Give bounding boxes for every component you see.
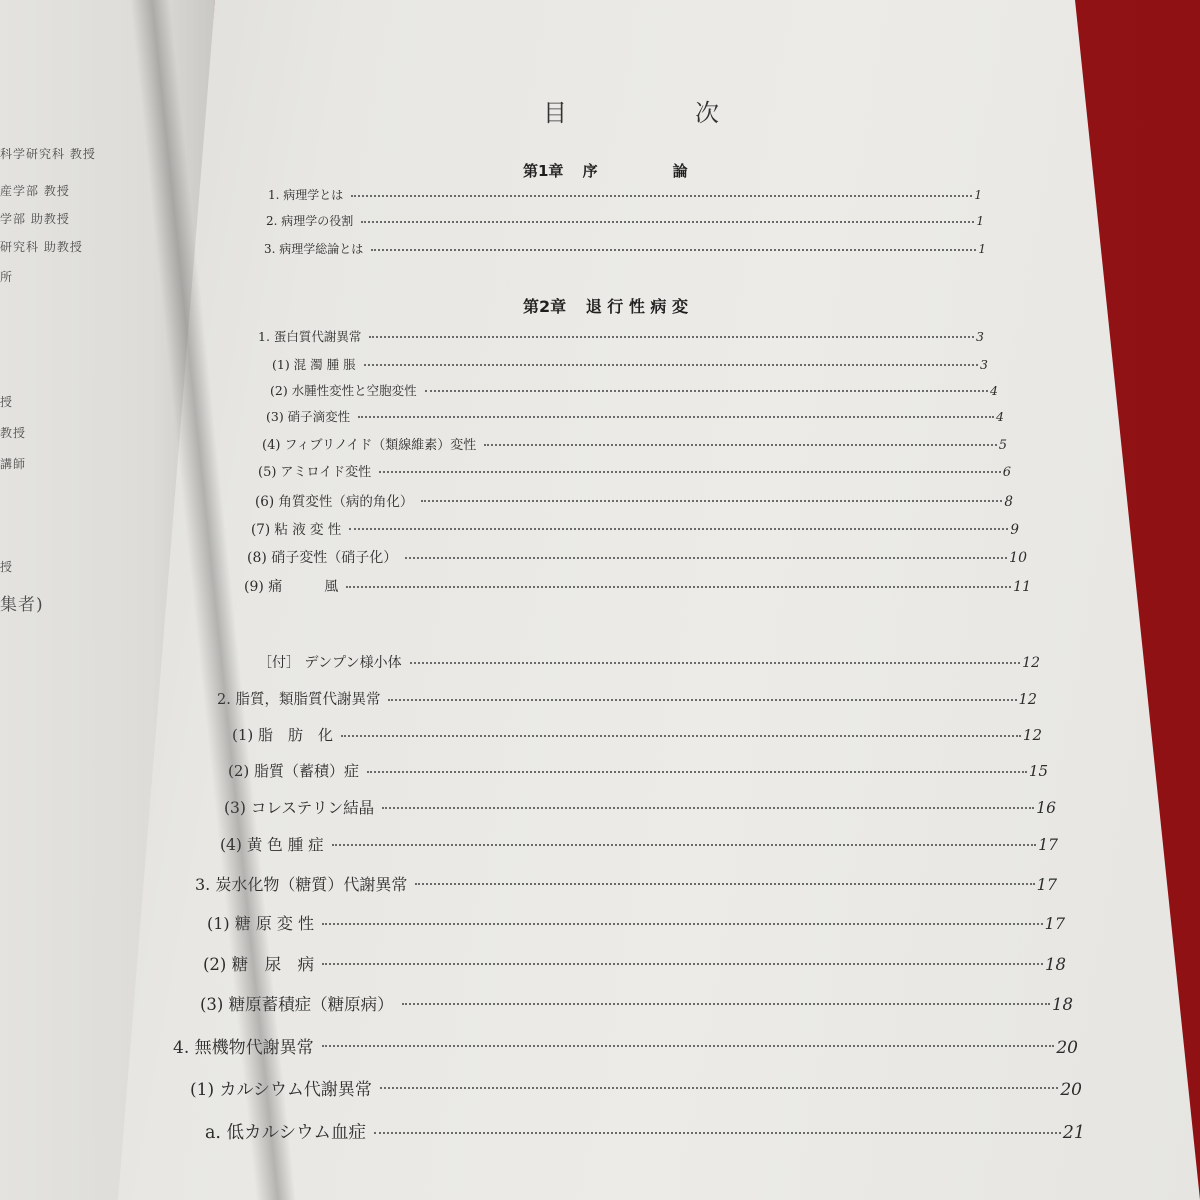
toc-entry-label: (1) 混 濁 腫 脹 [272, 355, 364, 373]
dot-leader [351, 195, 972, 197]
toc-entry-page: 1 [974, 214, 984, 228]
toc-entry-label: (3) 糖原蓄積症（糖原病） [200, 991, 402, 1015]
toc-entry-label: (9) 痛 風 [244, 576, 346, 596]
toc-entry-label: (2) 水腫性変性と空胞変性 [270, 381, 425, 399]
toc-entry-page: 9 [1008, 522, 1019, 538]
chapter-2-label: 第2章 [523, 297, 566, 316]
toc-entry-label: (4) フィブリノイド（類線維素）変性 [262, 434, 484, 453]
toc-entry-label: 1. 蛋白質代謝異常 [258, 327, 369, 345]
toc-entry-page: 15 [1027, 762, 1048, 780]
toc-entry[interactable]: 3. 病理学総論とは 1 [264, 240, 986, 257]
dot-leader [380, 1087, 1058, 1089]
left-page-text: 講師 [0, 455, 26, 472]
dot-leader [346, 586, 1011, 588]
toc-entry-page: 4 [988, 383, 998, 398]
toc-entry-page: 20 [1058, 1080, 1082, 1100]
toc-entry-label: (3) 硝子滴変性 [266, 407, 358, 425]
toc-entry-label: (6) 角質変性（病的角化） [255, 490, 421, 510]
dot-leader [364, 364, 978, 366]
toc-entry[interactable]: (4) 黄 色 腫 症17 [220, 833, 1058, 855]
toc-entry[interactable]: (8) 硝子変性（硝子化）10 [247, 547, 1027, 567]
dot-leader [322, 963, 1043, 965]
dot-leader [361, 221, 974, 223]
dot-leader [322, 1045, 1055, 1047]
toc-entry[interactable]: (6) 角質変性（病的角化）8 [255, 490, 1013, 510]
toc-entry-page: 18 [1043, 955, 1066, 974]
toc-entry-label: ［付］ デンプン様小体 [258, 652, 410, 672]
dot-leader [379, 471, 1001, 473]
left-page-text: 所 [0, 268, 13, 285]
toc-entry[interactable]: (3) 糖原蓄積症（糖原病）18 [200, 991, 1073, 1015]
dot-leader [421, 500, 1002, 502]
left-page-text: 科学研究科 教授 [0, 145, 96, 162]
toc-entry[interactable]: (1) 混 濁 腫 脹3 [272, 355, 988, 373]
dot-leader [374, 1132, 1061, 1134]
toc-entry[interactable]: (2) 水腫性変性と空胞変性4 [270, 381, 998, 399]
toc-entry-page: 12 [1021, 726, 1042, 744]
dot-leader [410, 662, 1021, 664]
toc-entry-label: 1. 病理学とは [268, 186, 351, 203]
dot-leader [322, 923, 1043, 925]
chapter-2-title: 退 行 性 病 変 [586, 297, 688, 316]
toc-entry-page: 20 [1054, 1038, 1078, 1058]
toc-entry[interactable]: 1. 蛋白質代謝異常3 [258, 327, 984, 345]
toc-entry-page: 21 [1061, 1123, 1085, 1143]
left-page-text: 授 [0, 393, 13, 410]
toc-entry-page: 1 [972, 188, 982, 202]
toc-entry-page: 5 [997, 438, 1007, 453]
toc-entry-page: 4 [994, 409, 1004, 424]
toc-entry[interactable]: (4) フィブリノイド（類線維素）変性5 [262, 434, 1007, 453]
toc-entry-page: 3 [978, 357, 988, 372]
dot-leader [371, 249, 976, 251]
toc-entry-page: 12 [1020, 655, 1040, 671]
toc-entry[interactable]: (1) 糖 原 変 性17 [207, 911, 1065, 934]
toc-entry-page: 6 [1001, 465, 1011, 480]
toc-entry[interactable]: 4. 無機物代謝異常20 [173, 1033, 1078, 1058]
toc-entry-label: 2. 病理学の役割 [266, 212, 361, 229]
dot-leader [332, 844, 1037, 846]
toc-entry[interactable]: (7) 粘 液 変 性9 [251, 518, 1019, 538]
toc-entry[interactable]: 3. 炭水化物（糖質）代謝異常17 [195, 872, 1057, 895]
toc-entry-page: 1 [976, 242, 986, 256]
toc-entry[interactable]: (2) 脂質（蓄積）症15 [228, 760, 1048, 781]
toc-entry[interactable]: 1. 病理学とは 1 [268, 186, 982, 203]
toc-entry-page: 17 [1043, 914, 1065, 933]
toc-entry-page: 3 [974, 329, 984, 344]
toc-entry-label: 3. 病理学総論とは [264, 240, 371, 257]
toc-title-left-char: 目 [543, 93, 567, 128]
dot-leader [341, 735, 1021, 737]
toc-entry-page: 16 [1034, 799, 1056, 817]
dot-leader [405, 557, 1007, 559]
toc-entry[interactable]: (1) 脂 肪 化12 [232, 724, 1042, 745]
chapter-1-heading: 第1章 序 論 [523, 160, 688, 181]
toc-entry-label: (5) アミロイド変性 [258, 461, 379, 480]
toc-entry[interactable]: (5) アミロイド変性6 [258, 461, 1011, 480]
toc-entry[interactable]: 2. 脂質，類脂質代謝異常12 [217, 688, 1037, 709]
dot-leader [382, 807, 1034, 809]
toc-entry[interactable]: ［付］ デンプン様小体12 [258, 652, 1040, 672]
toc-entry-page: 10 [1007, 550, 1027, 566]
dot-leader [369, 336, 974, 338]
toc-entry-label: (7) 粘 液 変 性 [251, 518, 349, 538]
toc-title-right-char: 次 [695, 93, 719, 128]
chapter-1-label: 第1章 [523, 162, 563, 180]
dot-leader [425, 390, 988, 392]
left-page-text: 授 [0, 558, 13, 575]
left-page-text: 学部 助教授 [0, 210, 70, 227]
dot-leader [358, 416, 994, 418]
toc-entry[interactable]: (3) コレステリン結晶16 [224, 796, 1056, 818]
left-page-text: 産学部 教授 [0, 182, 70, 199]
dot-leader [484, 444, 996, 446]
toc-entry-page: 18 [1050, 995, 1073, 1014]
toc-entry[interactable]: a. 低カルシウム血症21 [205, 1119, 1085, 1144]
toc-entry-page: 17 [1035, 875, 1057, 894]
toc-entry[interactable]: (9) 痛 風11 [244, 576, 1031, 596]
dot-leader [388, 699, 1016, 701]
chapter-2-heading: 第2章 退 行 性 病 変 [523, 294, 688, 317]
dot-leader [402, 1003, 1050, 1005]
toc-entry-label: (1) 脂 肪 化 [232, 724, 341, 745]
left-page-text: 集者) [0, 590, 44, 615]
toc-entry-page: 8 [1002, 494, 1013, 510]
chapter-1-title: 序 論 [583, 162, 688, 180]
toc-entry[interactable]: (2) 糖 尿 病18 [203, 951, 1066, 975]
toc-entry-page: 17 [1036, 836, 1058, 854]
toc-entry[interactable]: 2. 病理学の役割 1 [266, 212, 984, 229]
toc-entry-page: 12 [1017, 692, 1037, 708]
toc-entry-label: (8) 硝子変性（硝子化） [247, 547, 405, 567]
dot-leader [349, 528, 1008, 530]
toc-entry[interactable]: (1) カルシウム代謝異常20 [190, 1075, 1082, 1100]
toc-entry-page: 11 [1011, 579, 1031, 595]
toc-entry[interactable]: (3) 硝子滴変性4 [266, 407, 1004, 425]
left-page-text: 研究科 助教授 [0, 238, 83, 255]
left-page-text: 教授 [0, 424, 26, 441]
dot-leader [415, 883, 1034, 885]
dot-leader [367, 771, 1027, 773]
